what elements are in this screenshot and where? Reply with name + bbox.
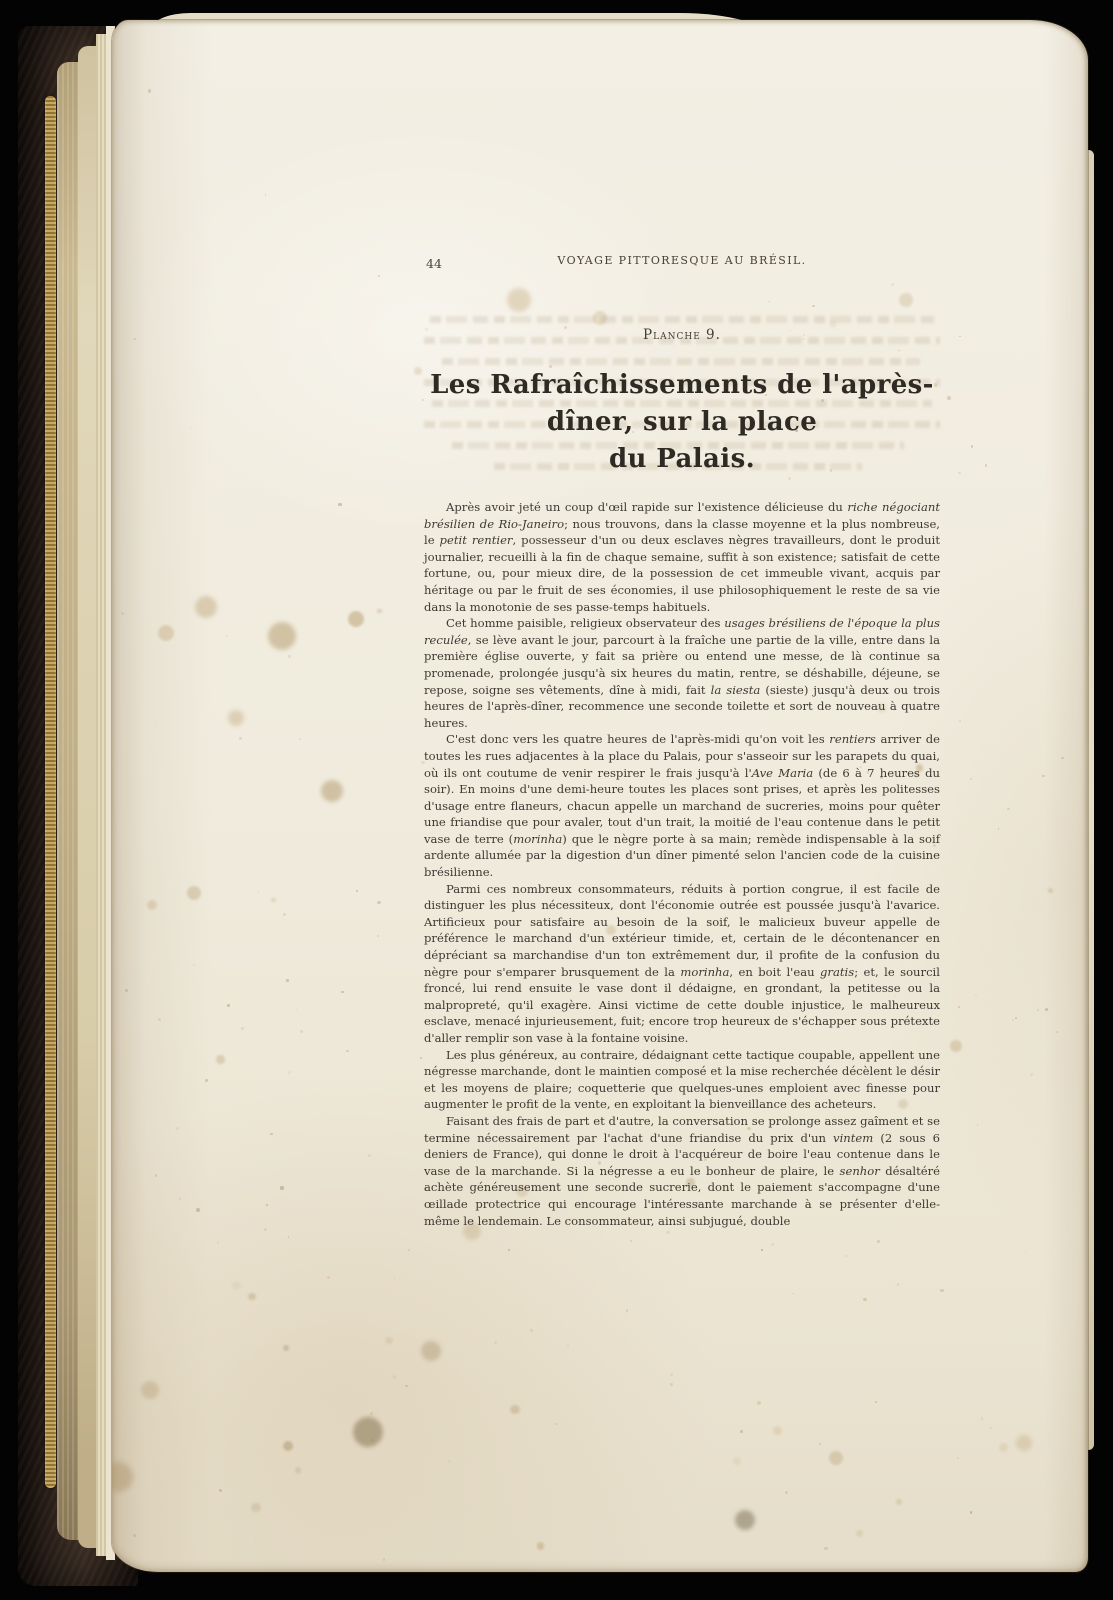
paragraph: C'est donc vers les quatre heures de l'a… <box>424 731 940 880</box>
title-line-2: du Palais. <box>424 441 940 478</box>
page-header: 44 VOYAGE PITTORESQUE AU BRÉSIL. <box>424 254 940 274</box>
title-line-1: Les Rafraîchissements de l'après-dîner, … <box>424 367 940 441</box>
gilt-edge <box>45 96 56 1488</box>
book-page: 44 VOYAGE PITTORESQUE AU BRÉSIL. Planche… <box>112 20 1088 1572</box>
page-stack-edge <box>57 62 79 1540</box>
body-text: Après avoir jeté un coup d'œil rapide su… <box>424 499 940 1229</box>
paragraph: Les plus généreux, au contraire, dédaign… <box>424 1047 940 1113</box>
paragraph: Faisant des frais de part et d'autre, la… <box>424 1113 940 1229</box>
page-stack-edge <box>78 46 97 1548</box>
paragraph: Cet homme paisible, religieux observateu… <box>424 615 940 731</box>
photo-backdrop: 44 VOYAGE PITTORESQUE AU BRÉSIL. Planche… <box>0 0 1113 1600</box>
plate-caption: Planche 9. <box>424 327 940 343</box>
blackletter-title: Les Rafraîchissements de l'après-dîner, … <box>424 367 940 478</box>
paragraph: Après avoir jeté un coup d'œil rapide su… <box>424 499 940 615</box>
page-number: 44 <box>426 256 442 271</box>
printed-text-block: 44 VOYAGE PITTORESQUE AU BRÉSIL. Planche… <box>424 254 940 1229</box>
paragraph: Parmi ces nombreux consommateurs, réduit… <box>424 881 940 1047</box>
running-head: VOYAGE PITTORESQUE AU BRÉSIL. <box>424 254 940 267</box>
